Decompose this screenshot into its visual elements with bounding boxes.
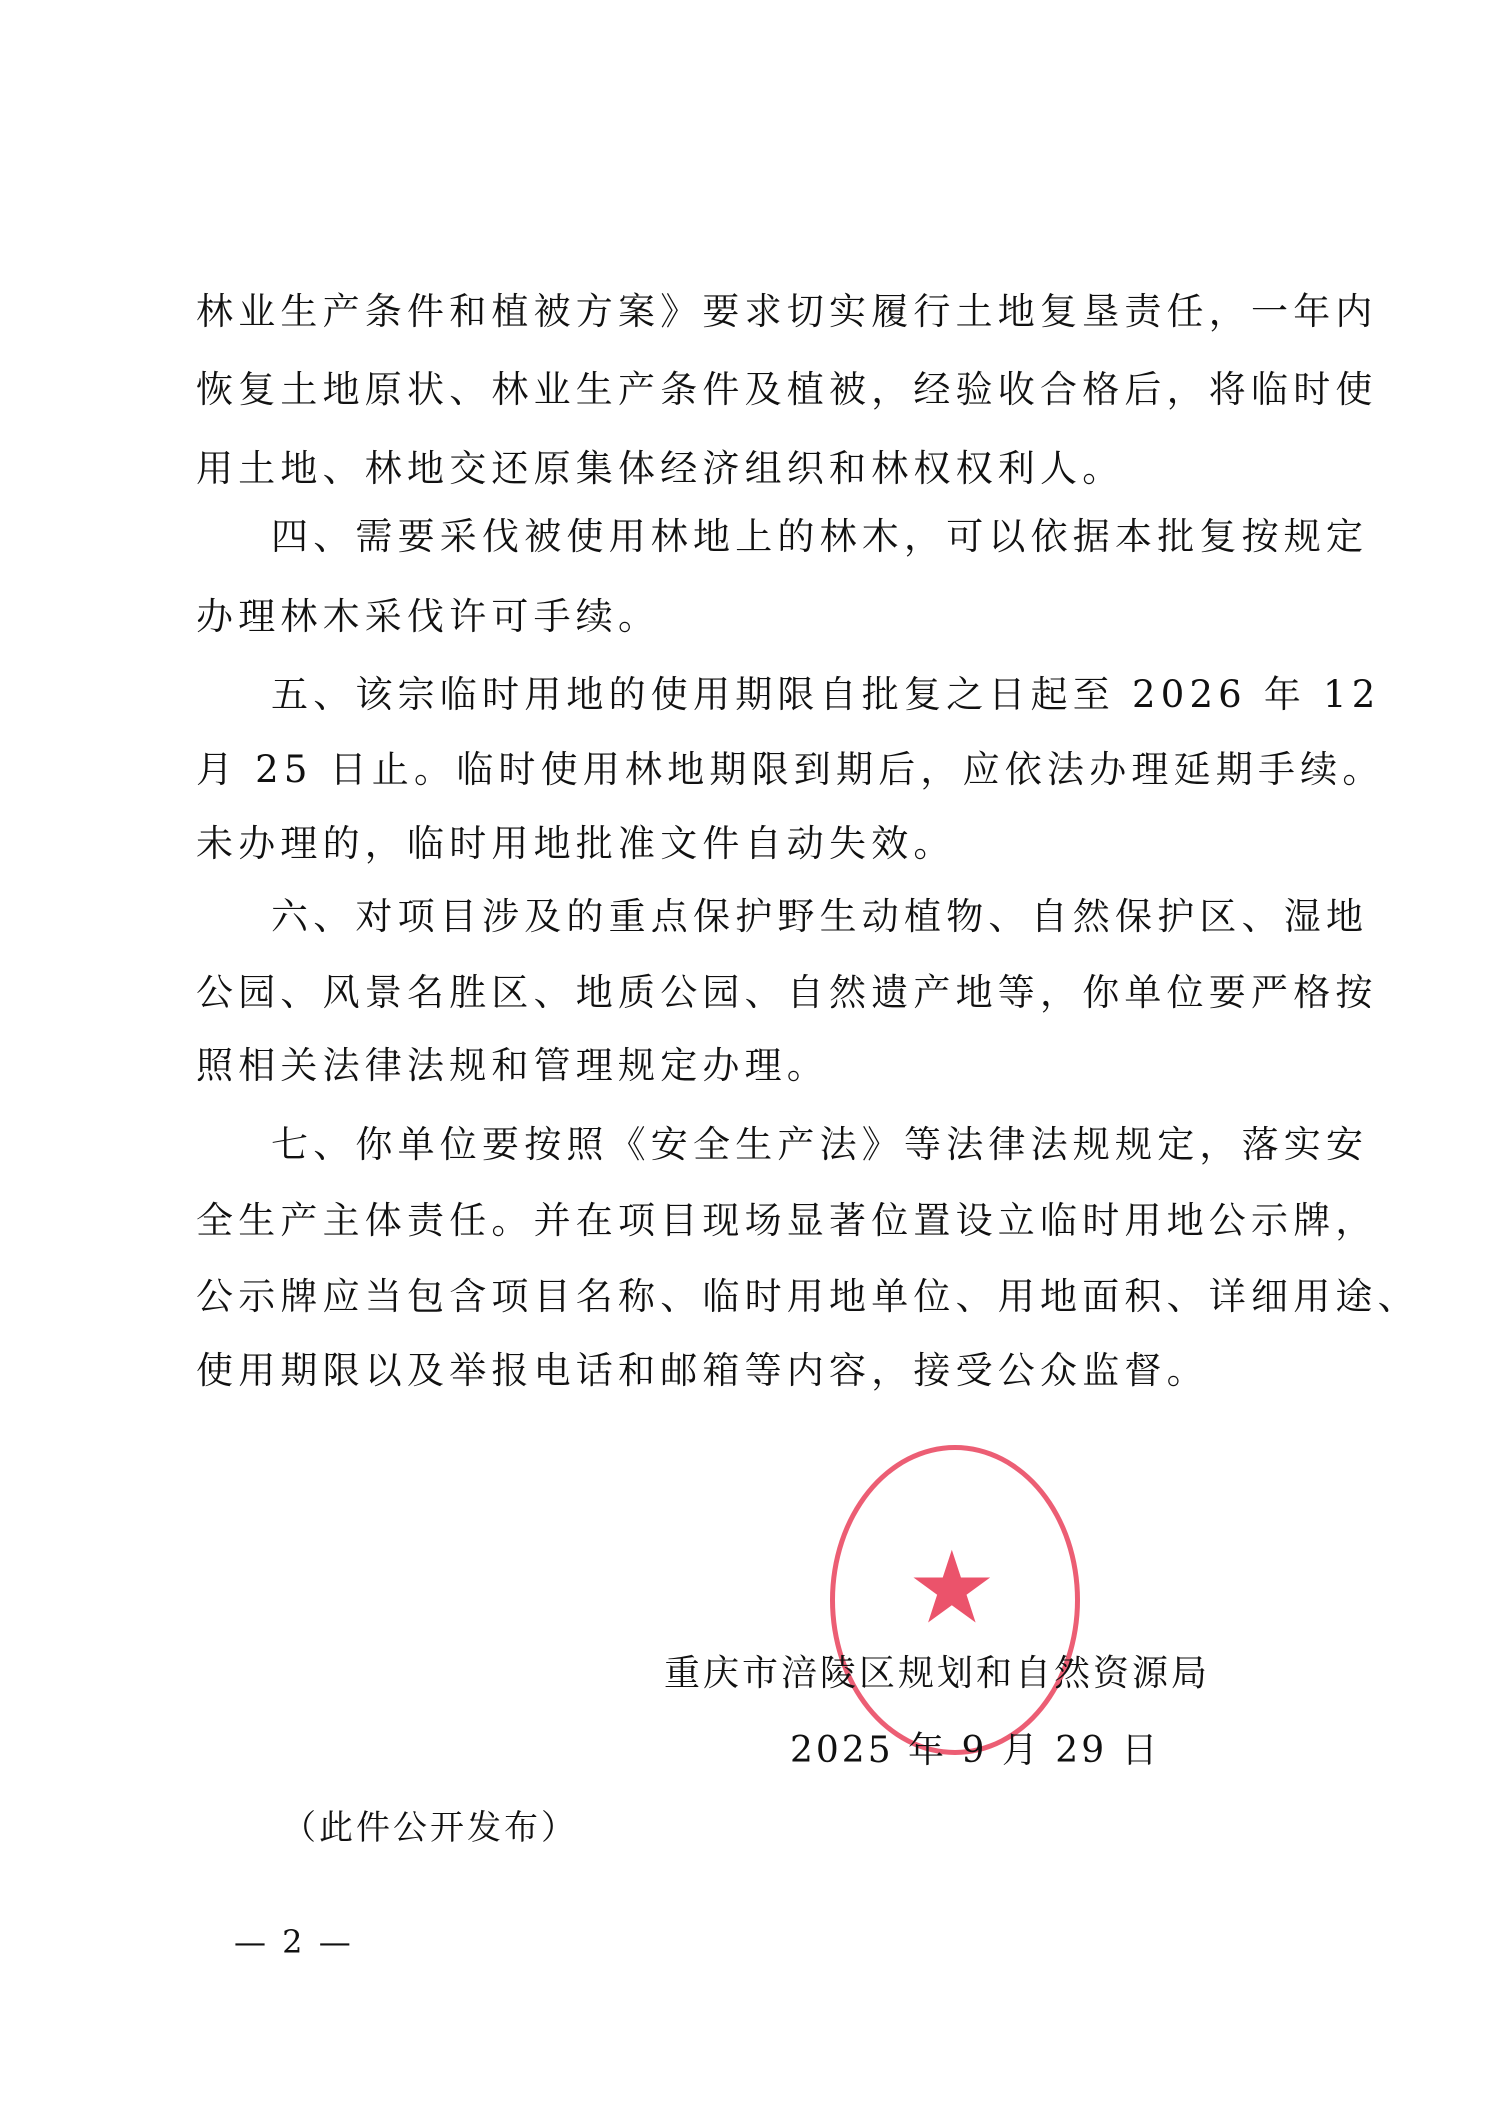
signature-date: 2025 年 9 月 29 日 xyxy=(790,1722,1161,1773)
body-line: 月 25 日止。临时使用林地期限到期后，应依法办理延期手续。 xyxy=(196,748,1385,792)
body-line: 全生产主体责任。并在项目现场显著位置设立临时用地公示牌， xyxy=(196,1199,1378,1243)
body-line: 照相关法律法规和管理规定办理。 xyxy=(196,1044,829,1088)
paragraph-6-line: 六、对项目涉及的重点保护野生动植物、自然保护区、湿地 xyxy=(271,895,1368,939)
body-line: 恢复土地原状、林业生产条件及植被，经验收合格后，将临时使 xyxy=(196,368,1378,412)
body-line: 公园、风景名胜区、地质公园、自然遗产地等，你单位要严格按 xyxy=(196,971,1378,1015)
body-line: 公示牌应当包含项目名称、临时用地单位、用地面积、详细用途、 xyxy=(196,1275,1420,1319)
body-line: 办理林木采伐许可手续。 xyxy=(196,595,660,639)
paragraph-4-line: 四、需要采伐被使用林地上的林木，可以依据本批复按规定 xyxy=(271,515,1368,559)
publish-note: （此件公开发布） xyxy=(282,1800,578,1849)
body-line: 未办理的，临时用地批准文件自动失效。 xyxy=(196,822,956,866)
official-seal: ★ xyxy=(830,1445,1080,1755)
body-line: 使用期限以及举报电话和邮箱等内容，接受公众监督。 xyxy=(196,1349,1209,1393)
body-line: 林业生产条件和植被方案》要求切实履行土地复垦责任，一年内 xyxy=(196,290,1378,334)
star-icon: ★ xyxy=(907,1538,997,1638)
body-line: 用土地、林地交还原集体经济组织和林权权利人。 xyxy=(196,447,1124,491)
paragraph-5-line: 五、该宗临时用地的使用期限自批复之日起至 2026 年 12 xyxy=(271,673,1381,717)
paragraph-7-line: 七、你单位要按照《安全生产法》等法律法规规定，落实安 xyxy=(271,1123,1368,1167)
signature-organization: 重庆市涪陵区规划和自然资源局 xyxy=(664,1645,1210,1696)
page-number: — 2 — xyxy=(234,1923,354,1961)
